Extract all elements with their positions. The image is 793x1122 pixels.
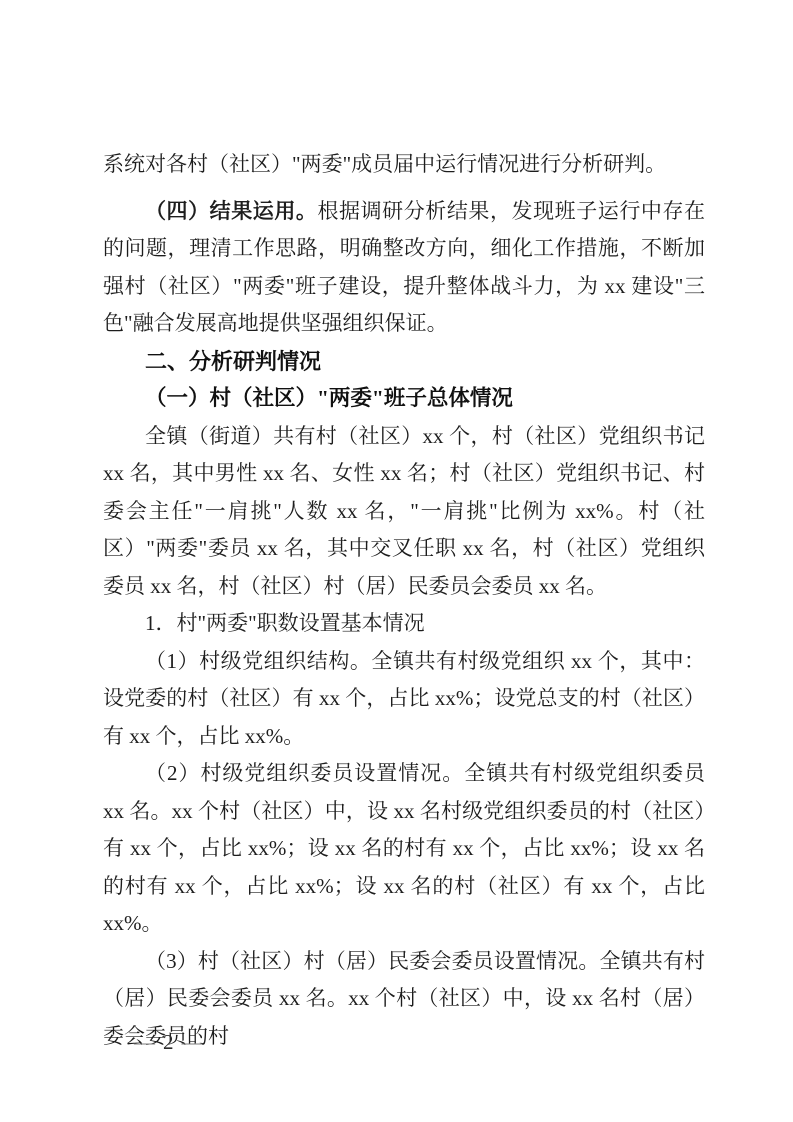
paragraph-overview: 全镇（街道）共有村（社区）xx 个，村（社区）党组织书记 xx 名，其中男性 x… [103, 418, 705, 606]
item-1-title: 1．村"两委"职数设置基本情况 [103, 605, 705, 643]
document-page: 系统对各村（社区）"两委"成员届中运行情况进行分析研判。 （四）结果运用。根据调… [0, 0, 793, 1122]
paragraph-result-application: （四）结果运用。根据调研分析结果，发现班子运行中存在的问题，理清工作思路，明确整… [103, 193, 705, 343]
paragraph-item1-1: （1）村级党组织结构。全镇共有村级党组织 xx 个，其中：设党委的村（社区）有 … [103, 643, 705, 756]
paragraph-item1-2: （2）村级党组织委员设置情况。全镇共有村级党组织委员 xx 名。xx 个村（社区… [103, 755, 705, 943]
page-footer: — 2 — [134, 1030, 203, 1054]
subsection-heading: （一）村（社区）"两委"班子总体情况 [103, 380, 705, 418]
paragraph-lead-bold: （四）结果运用。 [145, 199, 317, 223]
section-heading: 二、分析研判情况 [103, 343, 705, 381]
paragraph-continuation: 系统对各村（社区）"两委"成员届中运行情况进行分析研判。 [103, 146, 705, 184]
document-body: 系统对各村（社区）"两委"成员届中运行情况进行分析研判。 （四）结果运用。根据调… [103, 146, 705, 1055]
page-number: 2 [163, 1030, 174, 1054]
footer-dash-right: — [182, 1030, 203, 1054]
footer-dash-left: — [134, 1030, 155, 1054]
